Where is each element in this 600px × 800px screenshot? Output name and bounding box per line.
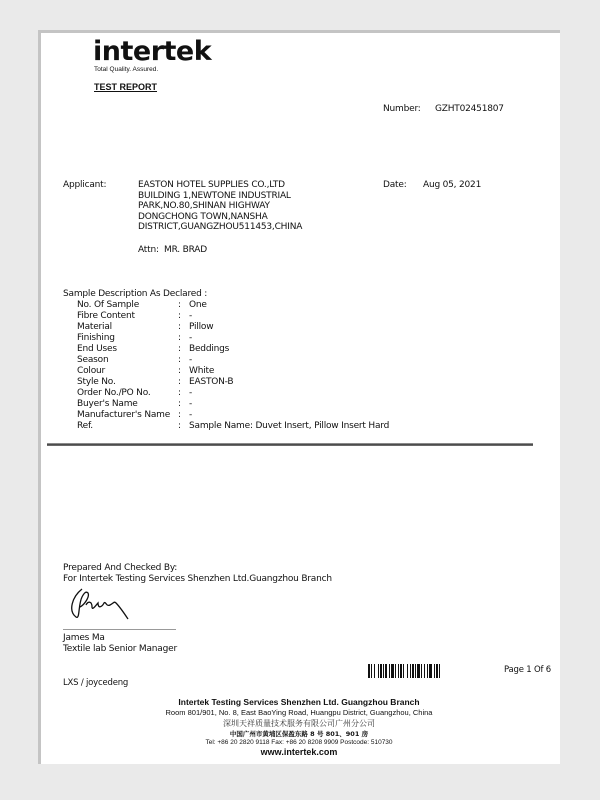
colon: : <box>178 366 189 377</box>
colon: : <box>178 344 189 355</box>
barcode-bar <box>440 664 443 678</box>
sample-row: Order No./PO No.:- <box>63 388 389 399</box>
sample-field-value: EASTON-B <box>189 377 233 388</box>
sample-field-label: End Uses <box>63 344 178 355</box>
logo-tagline: Total Quality. Assured. <box>94 66 158 73</box>
sample-field-label: Season <box>63 355 178 366</box>
signature-line <box>63 629 176 630</box>
logo-text: intertek <box>93 36 211 67</box>
sample-field-label: Material <box>63 322 178 333</box>
colon: : <box>178 333 189 344</box>
address-line: BUILDING 1,NEWTONE INDUSTRIAL <box>138 191 302 202</box>
footer-address-en: Room 801/901, No. 8, East BaoYing Road, … <box>38 708 560 717</box>
sample-field-value: - <box>189 410 192 421</box>
sample-field-value: Pillow <box>189 322 213 333</box>
sample-field-value: One <box>189 300 207 311</box>
sample-row: Colour:White <box>63 366 389 377</box>
colon: : <box>178 355 189 366</box>
signer-name: James Ma <box>63 633 105 644</box>
sample-field-value: - <box>189 355 192 366</box>
sample-field-label: Fibre Content <box>63 311 178 322</box>
footer-company-cn: 深圳天祥质量技术服务有限公司广州分公司 <box>38 718 560 729</box>
colon: : <box>178 300 189 311</box>
footer-contact: Tel: +86 20 2820 9118 Fax: +86 20 8208 9… <box>38 739 560 746</box>
page-indicator: Page 1 Of 6 <box>504 665 551 676</box>
sample-field-value: - <box>189 333 192 344</box>
colon: : <box>178 399 189 410</box>
colon: : <box>178 322 189 333</box>
colon: : <box>178 377 189 388</box>
sample-row: Season:- <box>63 355 389 366</box>
footer-website[interactable]: www.intertek.com <box>38 747 560 757</box>
sample-row: Material:Pillow <box>63 322 389 333</box>
sample-row: Fibre Content:- <box>63 311 389 322</box>
address-line: DISTRICT,GUANGZHOU511453,CHINA <box>138 222 302 233</box>
sample-heading: Sample Description As Declared : <box>63 289 207 300</box>
sample-field-value: - <box>189 388 192 399</box>
colon: : <box>178 311 189 322</box>
sample-field-value: Sample Name: Duvet Insert, Pillow Insert… <box>189 421 389 432</box>
prepared-label: Prepared And Checked By: <box>63 563 177 574</box>
sample-row: No. Of Sample:One <box>63 300 389 311</box>
sample-field-label: Manufacturer's Name <box>63 410 178 421</box>
sample-field-value: Beddings <box>189 344 229 355</box>
applicant-label: Applicant: <box>63 180 106 191</box>
sample-field-label: Colour <box>63 366 178 377</box>
date-value: Aug 05, 2021 <box>423 180 481 191</box>
sample-field-label: Finishing <box>63 333 178 344</box>
barcode <box>368 664 478 678</box>
sample-field-label: No. Of Sample <box>63 300 178 311</box>
sample-row: Manufacturer's Name:- <box>63 410 389 421</box>
attn-label: Attn: <box>138 245 159 256</box>
sample-field-label: Buyer's Name <box>63 399 178 410</box>
sample-row: End Uses:Beddings <box>63 344 389 355</box>
sample-row: Buyer's Name:- <box>63 399 389 410</box>
report-title: TEST REPORT <box>94 82 157 92</box>
sample-row: Ref.:Sample Name: Duvet Insert, Pillow I… <box>63 421 389 432</box>
document-page: intertek Total Quality. Assured. TEST RE… <box>38 30 560 764</box>
number-value: GZHT02451807 <box>435 104 504 115</box>
sample-field-value: - <box>189 311 192 322</box>
sample-field-label: Order No./PO No. <box>63 388 178 399</box>
signer-title: Textile lab Senior Manager <box>63 644 177 655</box>
sample-row: Finishing:- <box>63 333 389 344</box>
sample-field-value: White <box>189 366 214 377</box>
footer-company: Intertek Testing Services Shenzhen Ltd. … <box>38 697 560 707</box>
colon: : <box>178 421 189 432</box>
date-label: Date: <box>383 180 407 191</box>
section-divider <box>47 443 533 446</box>
sample-table: No. Of Sample:OneFibre Content:-Material… <box>63 300 389 432</box>
sample-field-label: Style No. <box>63 377 178 388</box>
attn-value: MR. BRAD <box>164 245 207 256</box>
number-label: Number: <box>383 104 421 115</box>
intertek-logo: intertek <box>93 36 211 67</box>
sample-field-label: Ref. <box>63 421 178 432</box>
initials: LXS / joycedeng <box>63 678 128 689</box>
footer-address-cn: 中国广州市黄埔区保盈东路 8 号 801、901 房 <box>38 729 560 738</box>
colon: : <box>178 388 189 399</box>
signature-icon <box>66 583 136 625</box>
sample-row: Style No.:EASTON-B <box>63 377 389 388</box>
address-line: EASTON HOTEL SUPPLIES CO.,LTD <box>138 180 302 191</box>
address-line: DONGCHONG TOWN,NANSHA <box>138 212 302 223</box>
colon: : <box>178 410 189 421</box>
applicant-address: EASTON HOTEL SUPPLIES CO.,LTD BUILDING 1… <box>138 180 302 233</box>
address-line: PARK,NO.80,SHINAN HIGHWAY <box>138 201 302 212</box>
sample-field-value: - <box>189 399 192 410</box>
